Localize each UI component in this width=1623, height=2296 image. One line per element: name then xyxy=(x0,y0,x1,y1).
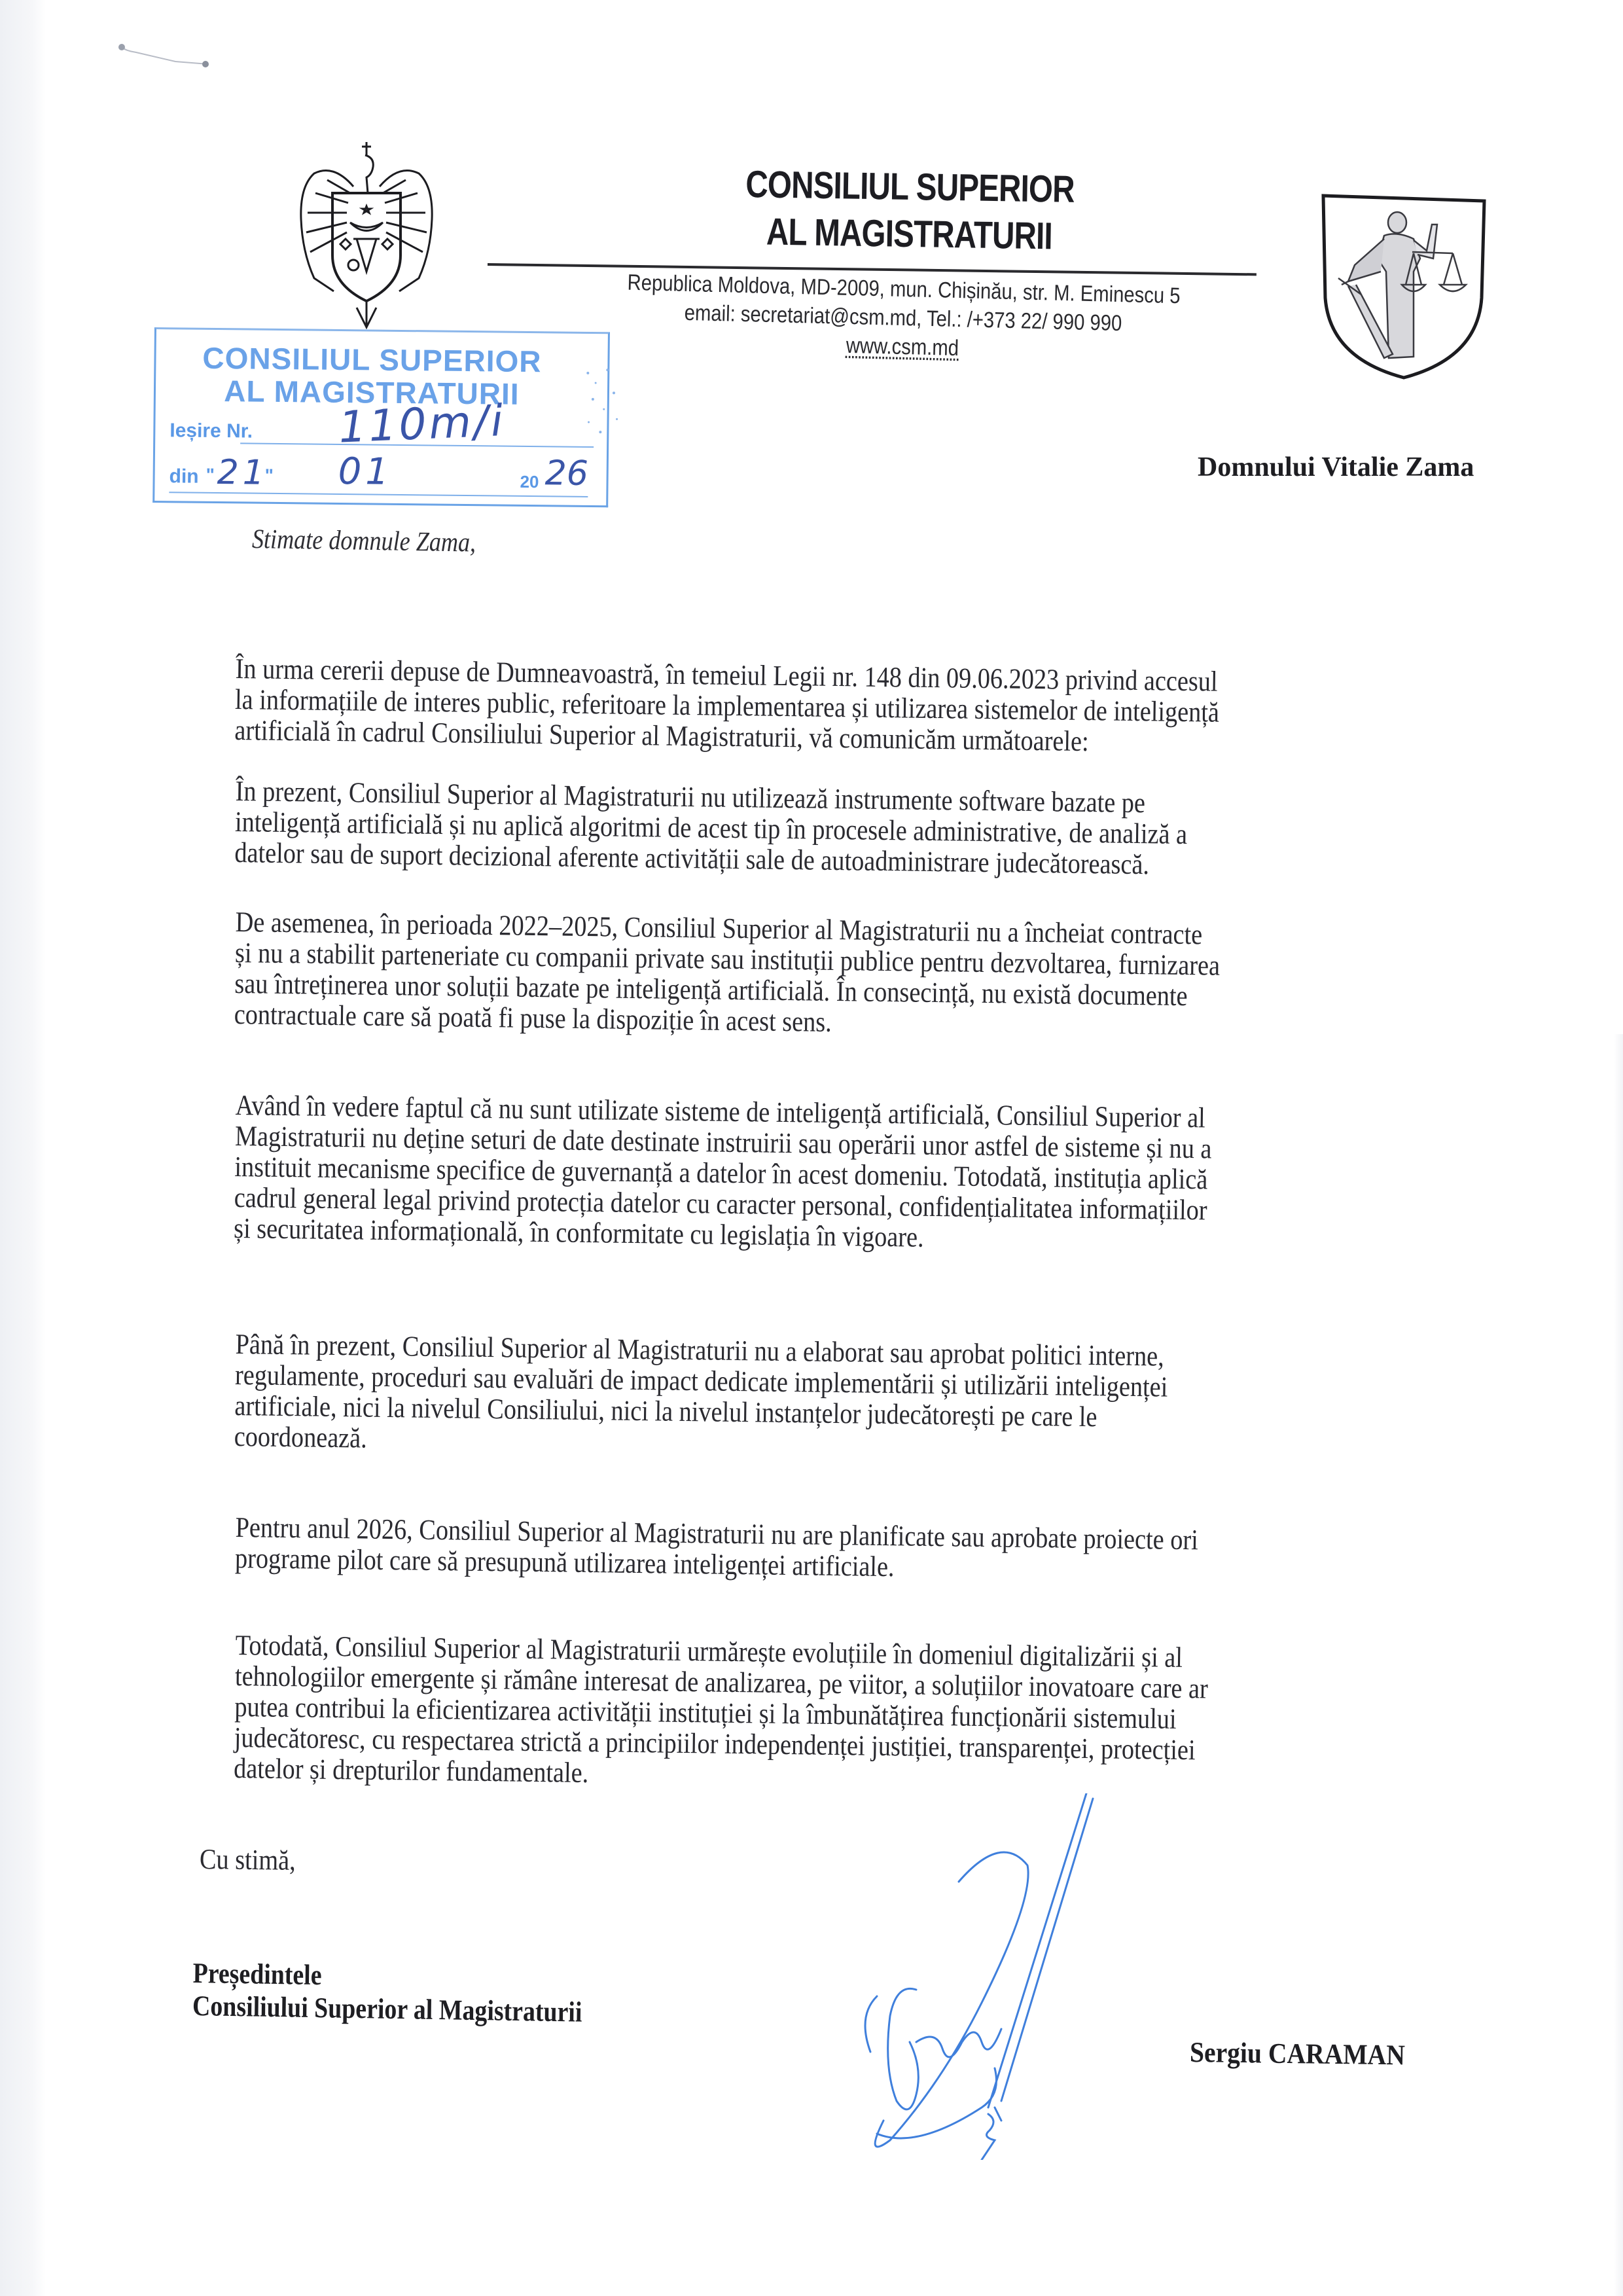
moldova-coat-of-arms-icon xyxy=(288,141,438,331)
scan-speck xyxy=(116,43,215,69)
body-paragraph-5: Până în prezent, Consiliul Superior al M… xyxy=(234,1329,1443,1467)
stamp-exit-number: 110m/i xyxy=(338,395,507,453)
org-contact-block: Republica Moldova, MD-2009, mun. Chișină… xyxy=(553,266,1253,370)
body-paragraph-7: Totodată, Consiliul Superior al Magistra… xyxy=(234,1630,1442,1799)
salutation: Stimate domnule Zama, xyxy=(252,524,476,559)
org-name-line1: CONSILIUL SUPERIOR xyxy=(700,160,1120,214)
stamp-date-open-quote: " xyxy=(205,465,215,486)
stamp-date-year: 26 xyxy=(544,454,588,493)
stamp-date-label: din xyxy=(169,465,198,488)
stamp-ink-specks xyxy=(580,360,627,446)
signatory-name: Sergiu CARAMAN xyxy=(1190,2036,1405,2072)
handwritten-signature xyxy=(785,1793,1126,2160)
stamp-date-close-quote: " xyxy=(264,465,274,486)
body-paragraph-1: În urma cererii depuse de Dumneavoastră,… xyxy=(234,653,1442,761)
org-name-line2: AL MAGISTRATURII xyxy=(700,207,1119,261)
stamp-org-line1: CONSILIUL SUPERIOR xyxy=(188,342,555,378)
stamp-date-century: 20 xyxy=(520,472,539,492)
scan-edge-right xyxy=(1614,1034,1623,2296)
body-paragraph-6: Pentru anul 2026, Consiliul Superior al … xyxy=(235,1512,1442,1589)
body-paragraph-3: De asemenea, în perioada 2022–2025, Cons… xyxy=(234,906,1443,1045)
lady-justice-shield-icon xyxy=(1315,187,1492,383)
signatory-title: Președintele Consiliului Superior al Mag… xyxy=(192,1957,582,2029)
addressee: Domnului Vitalie Zama xyxy=(1198,452,1474,483)
org-name-header: CONSILIUL SUPERIOR AL MAGISTRATURII xyxy=(700,160,1120,261)
stamp-date-day: 21 xyxy=(217,453,268,493)
signatory-title-line2: Consiliului Superior al Magistraturii xyxy=(192,1990,582,2029)
stamp-date-month: 01 xyxy=(338,450,393,493)
body-paragraph-2: În prezent, Consiliul Superior al Magist… xyxy=(234,776,1442,884)
registration-stamp: CONSILIUL SUPERIOR AL MAGISTRATURII Ieși… xyxy=(152,327,610,507)
body-paragraph-4: Având în vedere faptul că nu sunt utiliz… xyxy=(234,1090,1442,1259)
closing: Cu stimă, xyxy=(200,1842,296,1877)
stamp-exit-label: Ieșire Nr. xyxy=(169,420,253,442)
scan-edge-left xyxy=(0,0,46,2296)
